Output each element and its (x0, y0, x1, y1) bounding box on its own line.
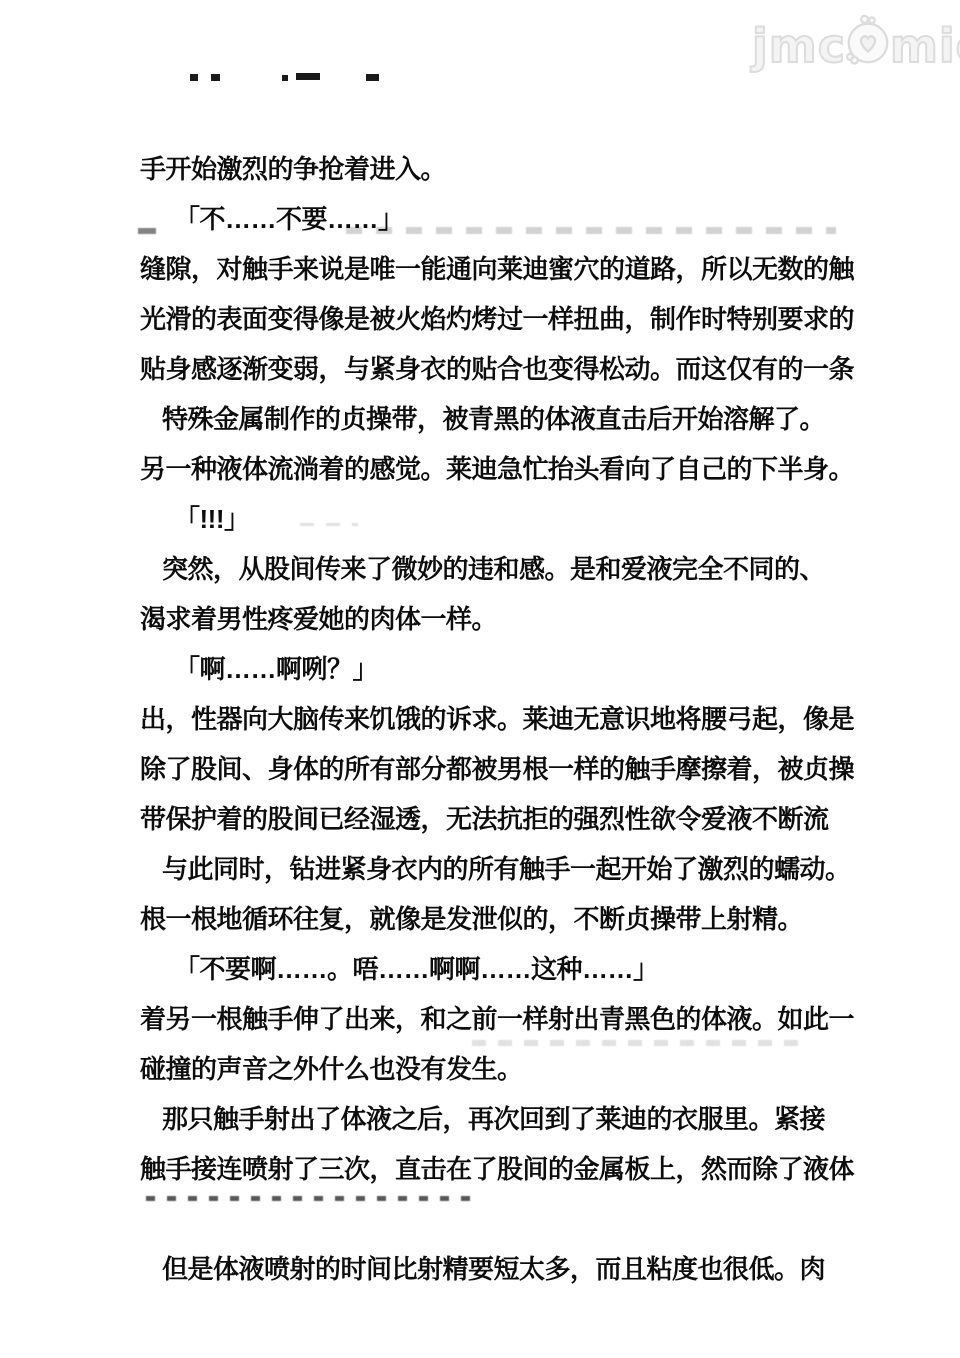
text-line: 贴身感逐渐变弱，与紧身衣的贴合也变得松动。而这仅有的一条 (140, 344, 856, 394)
story-text: 手开始激烈的争抢着进入。「不……不要……」缝隙，对触手来说是唯一能通向莱迪蜜穴的… (140, 144, 856, 1294)
text-line: 「!!!」 (140, 494, 856, 544)
text-line (140, 1194, 856, 1244)
text-line: 但是体液喷射的时间比射精要短太多，而且粘度也很低。肉 (140, 1244, 856, 1294)
novel-text-page: jmc mic 手开始激烈的争抢着进入。「不……不要……」缝隙，对触手来说是唯一… (0, 0, 960, 1358)
watermark-text-left: jmc (752, 23, 846, 69)
text-line: 带保护着的股间已经湿透，无法抗拒的强烈性欲令爱液不断流 (140, 794, 856, 844)
text-line: 手开始激烈的争抢着进入。 (140, 144, 856, 194)
cropped-text-fragment (366, 74, 379, 81)
text-line: 特殊金属制作的贞操带，被青黑的体液直击后开始溶解了。 (140, 394, 856, 444)
text-line: 「不要啊……。唔……啊啊……这种……」 (140, 944, 856, 994)
pufferfish-mascot-icon (842, 13, 894, 76)
text-line: 除了股间、身体的所有部分都被男根一样的触手摩擦着，被贞操 (140, 744, 856, 794)
text-line: 出，性器向大脑传来饥饿的诉求。莱迪无意识地将腰弓起，像是 (140, 694, 856, 744)
text-line: 光滑的表面变得像是被火焰灼烤过一样扭曲，制作时特别要求的 (140, 294, 856, 344)
text-line: 着另一根触手伸了出来，和之前一样射出青黑色的体液。如此一 (140, 994, 856, 1044)
cropped-text-fragment (282, 75, 288, 81)
text-line: 渴求着男性疼爱她的肉体一样。 (140, 594, 856, 644)
text-line: 与此同时，钻进紧身衣内的所有触手一起开始了激烈的蠕动。 (140, 844, 856, 894)
jmcomic-watermark: jmc mic (752, 14, 960, 77)
text-line: 那只触手射出了体液之后，再次回到了莱迪的衣服里。紧接 (140, 1094, 856, 1144)
text-line: 「啊……啊咧？」 (140, 644, 856, 694)
cropped-text-fragment (296, 73, 320, 80)
text-line: 碰撞的声音之外什么也没有发生。 (140, 1044, 856, 1094)
text-line: 突然，从股间传来了微妙的违和感。是和爱液完全不同的、 (140, 544, 856, 594)
cropped-text-fragment (211, 74, 220, 81)
text-line: 另一种液体流淌着的感觉。莱迪急忙抬头看向了自己的下半身。 (140, 444, 856, 494)
text-line: 根一根地循环往复，就像是发泄似的，不断贞操带上射精。 (140, 894, 856, 944)
text-line: 触手接连喷射了三次，直击在了股间的金属板上，然而除了液体 (140, 1144, 856, 1194)
text-line: 「不……不要……」 (140, 194, 856, 244)
watermark-text-right: mic (890, 23, 960, 69)
cropped-text-fragment (190, 74, 198, 81)
text-line: 缝隙，对触手来说是唯一能通向莱迪蜜穴的道路，所以无数的触 (140, 244, 856, 294)
